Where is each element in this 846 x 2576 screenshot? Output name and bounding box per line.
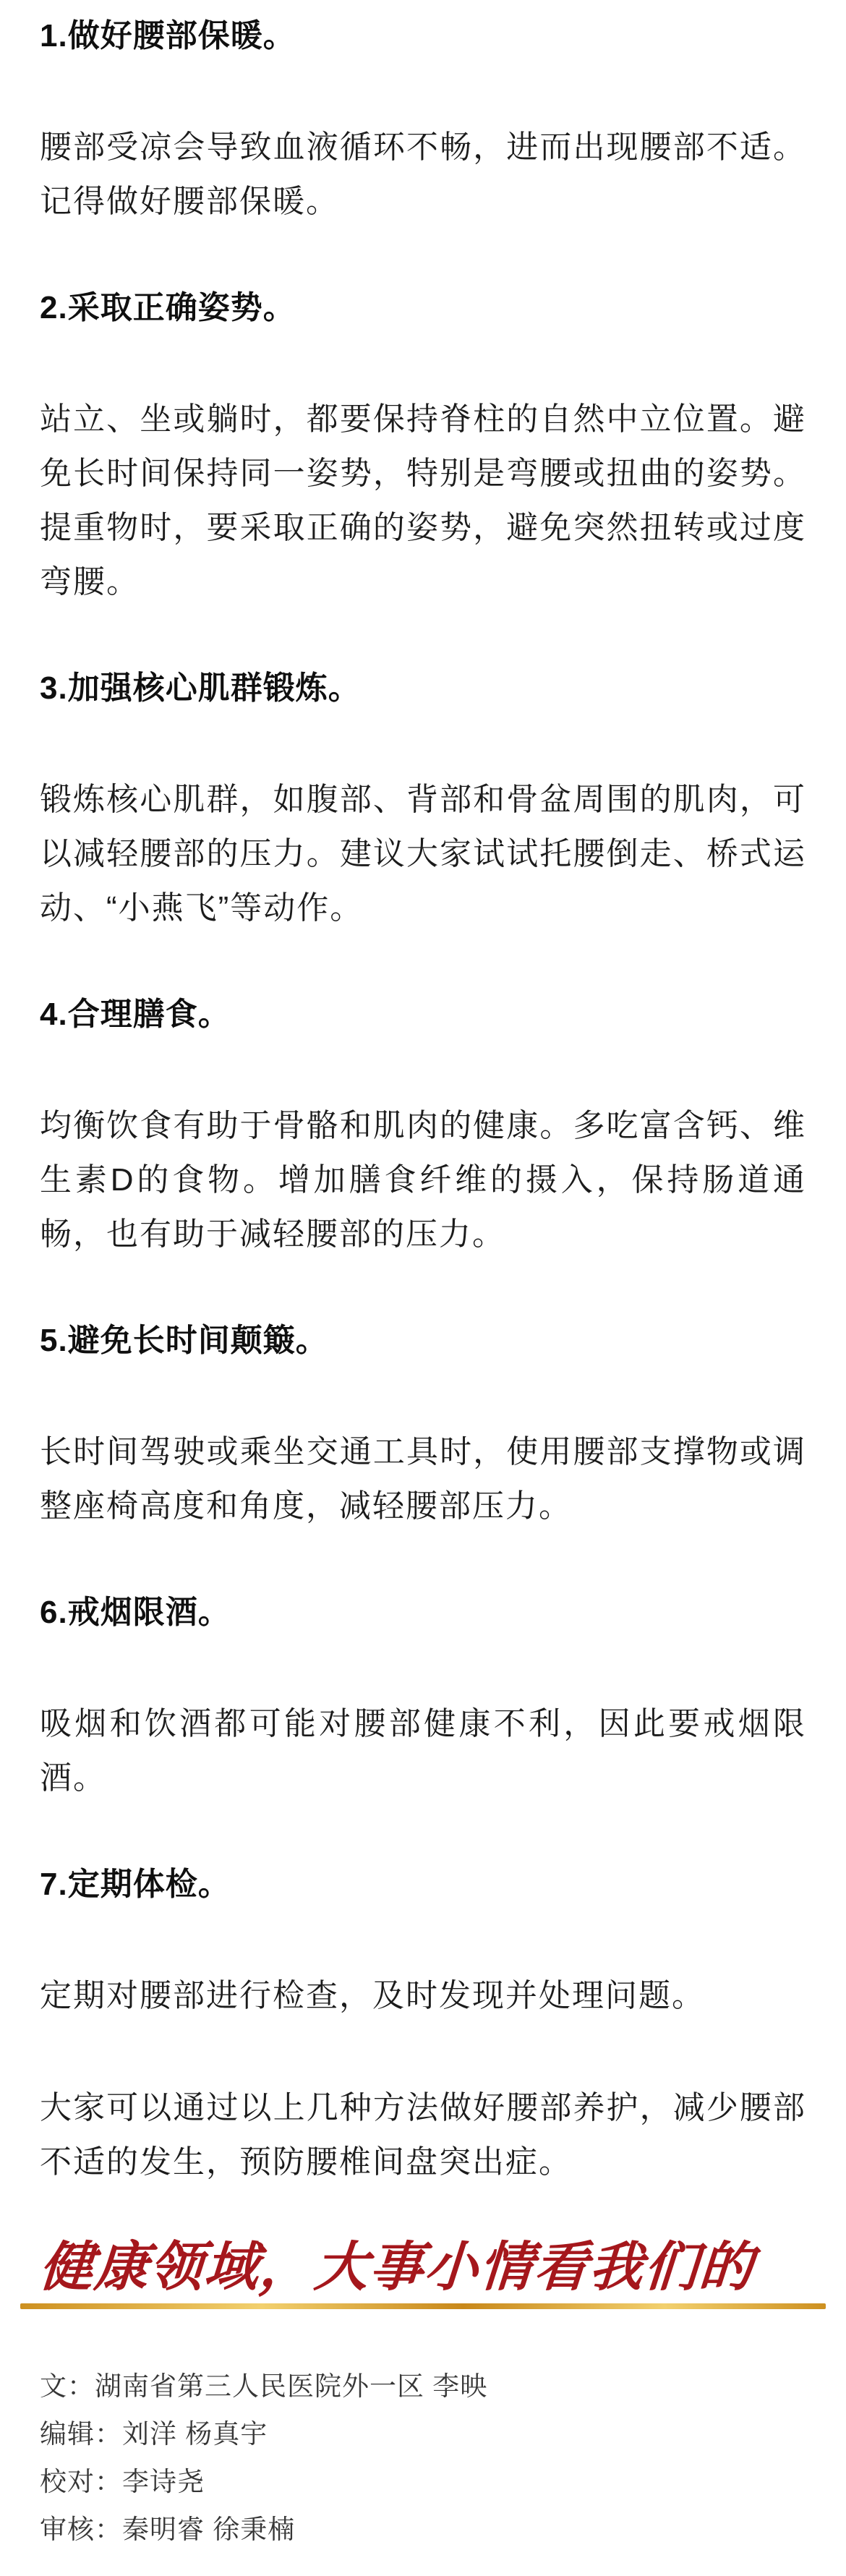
section-heading: 4.合理膳食。 [40, 993, 806, 1036]
section-paragraph: 均衡饮食有助于骨骼和肌肉的健康。多吃富含钙、维生素D的食物。增加膳食纤维的摄入，… [40, 1099, 806, 1261]
credit-line: 校对：李诗尧 [40, 2458, 806, 2506]
credit-line: 审核：秦明睿 徐秉楠 [40, 2506, 806, 2554]
credit-line: 编辑：刘洋 杨真宇 [40, 2410, 806, 2458]
section-paragraph: 腰部受凉会导致血液循环不畅，进而出现腰部不适。记得做好腰部保暖。 [40, 120, 806, 229]
section-heading: 5.避免长时间颠簸。 [40, 1319, 806, 1362]
section-paragraph: 站立、坐或躺时，都要保持脊柱的自然中立位置。避免长时间保持同一姿势，特别是弯腰或… [40, 392, 806, 609]
section-heading: 6.戒烟限酒。 [40, 1591, 806, 1634]
section-heading: 2.采取正确姿势。 [40, 286, 806, 330]
section-paragraph: 吸烟和饮酒都可能对腰部健康不利，因此要戒烟限酒。 [40, 1697, 806, 1805]
closing-paragraph: 大家可以通过以上几种方法做好腰部养护，减少腰部不适的发生，预防腰椎间盘突出症。 [40, 2081, 806, 2189]
section-paragraph: 定期对腰部进行检查，及时发现并处理问题。 [40, 1969, 806, 2023]
section-heading: 3.加强核心肌群锻炼。 [40, 667, 806, 710]
slogan-banner: 健康领域，大事小情看我们的 [40, 2234, 806, 2309]
section-heading: 1.做好腰部保暖。 [40, 14, 806, 58]
credit-line: 文：湖南省第三人民医院外一区 李映 [40, 2363, 806, 2410]
gold-divider [20, 2303, 826, 2309]
credits-block: 文：湖南省第三人民医院外一区 李映编辑：刘洋 杨真宇校对：李诗尧审核：秦明睿 徐… [40, 2363, 806, 2554]
article-body: 1.做好腰部保暖。腰部受凉会导致血液循环不畅，进而出现腰部不适。记得做好腰部保暖… [0, 0, 846, 2575]
slogan-text: 健康领域，大事小情看我们的 [38, 2234, 808, 2300]
sections: 1.做好腰部保暖。腰部受凉会导致血液循环不畅，进而出现腰部不适。记得做好腰部保暖… [40, 14, 806, 2023]
section-heading: 7.定期体检。 [40, 1863, 806, 1906]
section-paragraph: 长时间驾驶或乘坐交通工具时，使用腰部支撑物或调整座椅高度和角度，减轻腰部压力。 [40, 1425, 806, 1533]
section-paragraph: 锻炼核心肌群，如腹部、背部和骨盆周围的肌肉，可以减轻腰部的压力。建议大家试试托腰… [40, 772, 806, 935]
